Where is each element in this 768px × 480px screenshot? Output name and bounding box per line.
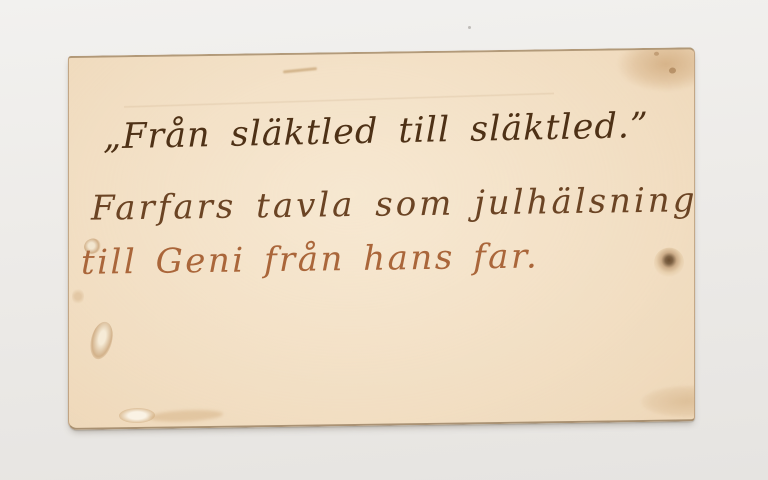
handwritten-card: „Från släktled till släktled.” Farfars t…: [68, 47, 695, 430]
ink-spot-right: [654, 247, 684, 277]
edge-speck: [669, 68, 676, 74]
dust-speck: [468, 26, 471, 29]
spot-left-faint: [72, 288, 84, 305]
faint-pencil-squiggle: [283, 67, 317, 73]
handwritten-line-2: Farfars tavla som julhälsning: [91, 181, 695, 229]
edge-speck: [654, 52, 659, 56]
stain-top-right: [617, 47, 695, 92]
chip-bottom-left: [119, 408, 155, 424]
smear-bottom-left: [149, 409, 223, 424]
smudge-bottom-right: [641, 385, 695, 418]
handwritten-line-3: till Geni från hans far.: [81, 237, 539, 282]
photo-background: „Från släktled till släktled.” Farfars t…: [0, 0, 768, 480]
handwritten-line-1: „Från släktled till släktled.”: [103, 106, 649, 158]
blemish-left-lower: [87, 320, 117, 362]
